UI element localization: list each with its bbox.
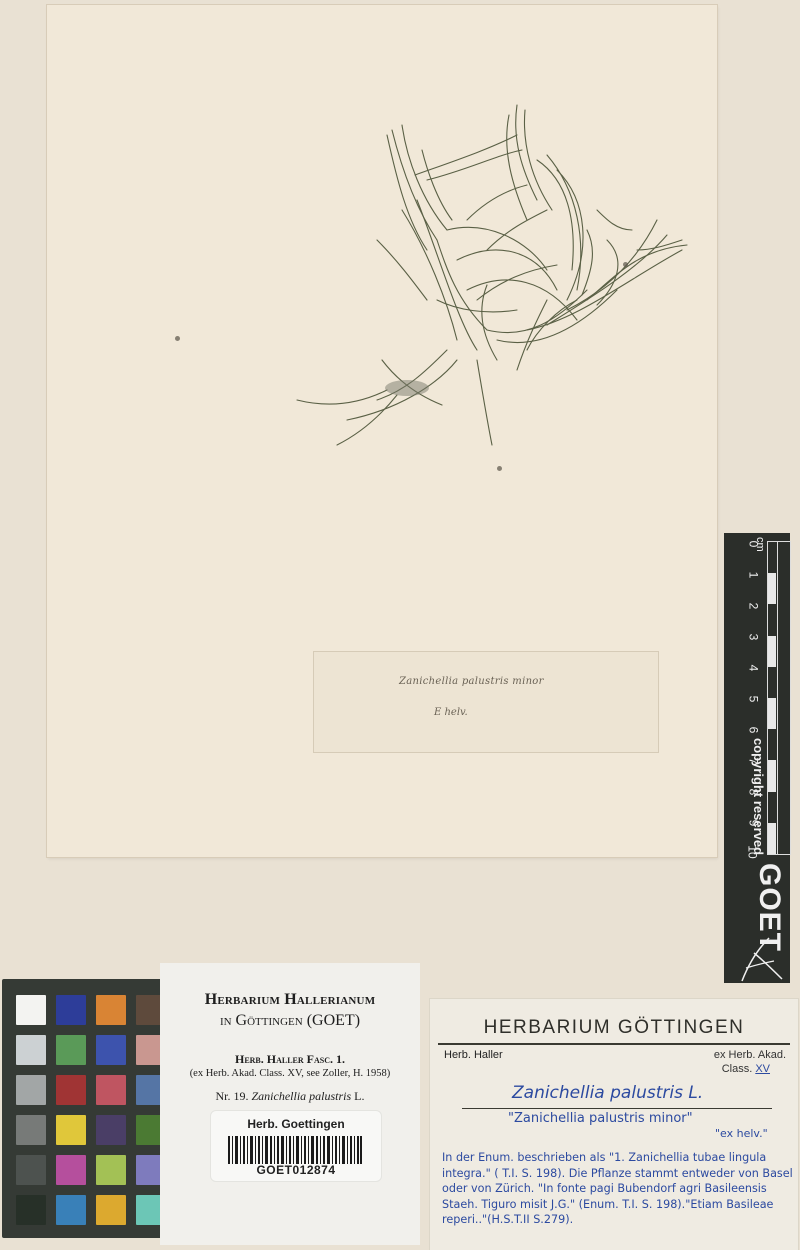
taxon-name: Zanichellia palustris	[251, 1089, 351, 1103]
source-note: (ex Herb. Akad. Class. XV, see Zoller, H…	[160, 1068, 420, 1079]
herb-collection: Herb. Haller	[444, 1049, 503, 1061]
color-swatch	[56, 1195, 86, 1225]
goet-logo-icon	[734, 933, 784, 983]
divider	[462, 1108, 772, 1109]
color-swatch	[96, 1155, 126, 1185]
color-swatch	[16, 1115, 46, 1145]
class-line: Class. XV	[722, 1063, 770, 1075]
plant-specimen	[287, 100, 697, 460]
color-swatch	[16, 1035, 46, 1065]
barcode-header: Herb. Goettingen	[211, 1117, 381, 1131]
herbarium-hallerianum-label: Herbarium Hallerianum in Göttingen (GOET…	[160, 963, 420, 1245]
taxon-author: L.	[354, 1089, 364, 1103]
scale-tick: 6	[746, 727, 760, 734]
color-swatch	[96, 995, 126, 1025]
color-swatch	[56, 1075, 86, 1105]
spot	[623, 262, 628, 267]
origin-note: "ex helv."	[715, 1127, 768, 1140]
color-swatch	[56, 1155, 86, 1185]
specimen-sheet: Zanichellia palustris minor E helv.	[47, 5, 717, 857]
color-swatch	[96, 1035, 126, 1065]
herbarium-goettingen-label: HERBARIUM GÖTTINGEN Herb. Haller ex Herb…	[429, 998, 799, 1250]
label-subtitle: in Göttingen (GOET)	[160, 1012, 420, 1030]
fascicle: Herb. Haller Fasc. 1.	[160, 1052, 420, 1067]
color-swatch	[96, 1115, 126, 1145]
taxon-name: Zanichellia palustris L.	[512, 1083, 703, 1103]
scale-tick: 4	[746, 665, 760, 672]
scale-tick: 5	[746, 696, 760, 703]
color-swatch	[56, 1115, 86, 1145]
taxon-line: Nr. 19. Zanichellia palustris L.	[160, 1089, 420, 1104]
scale-tick: 1	[746, 572, 760, 579]
color-swatch	[56, 1035, 86, 1065]
nr-prefix: Nr. 19.	[215, 1089, 248, 1103]
color-swatch	[16, 995, 46, 1025]
scale-tick: 3	[746, 634, 760, 641]
color-swatch	[56, 995, 86, 1025]
spot	[497, 466, 502, 471]
color-swatch	[16, 1155, 46, 1185]
label-title: Herbarium Hallerianum	[160, 991, 420, 1009]
scale-tick: 0	[746, 541, 760, 548]
scale-tick: 2	[746, 603, 760, 610]
original-label-line1: Zanichellia palustris minor	[399, 676, 544, 687]
divider	[438, 1043, 790, 1045]
barcode-icon	[228, 1136, 362, 1164]
color-calibration-chart	[2, 979, 183, 1238]
class-prefix: Class.	[722, 1063, 753, 1075]
ex-herb: ex Herb. Akad.	[714, 1049, 786, 1061]
label-header: HERBARIUM GÖTTINGEN	[430, 1017, 798, 1039]
class-value: XV	[755, 1063, 770, 1075]
barcode-number: GOET012874	[211, 1163, 381, 1177]
color-swatch	[96, 1195, 126, 1225]
scale-ruler	[767, 541, 791, 855]
original-label-line2: E helv.	[434, 707, 468, 718]
scale-bar: cm 0 1 2 3 4 5 6 7 8 9 10 copyright rese…	[724, 533, 790, 983]
root-cluster	[385, 380, 429, 396]
barcode-sticker: Herb. Goettingen GOET012874	[210, 1110, 382, 1182]
synonym: "Zanichellia palustris minor"	[508, 1111, 693, 1126]
color-swatch	[16, 1195, 46, 1225]
color-swatch	[16, 1075, 46, 1105]
spot	[175, 336, 180, 341]
color-swatch	[96, 1075, 126, 1105]
original-handwritten-label: Zanichellia palustris minor E helv.	[313, 651, 659, 753]
annotation-notes: In der Enum. beschrieben als "1. Zaniche…	[442, 1150, 797, 1228]
